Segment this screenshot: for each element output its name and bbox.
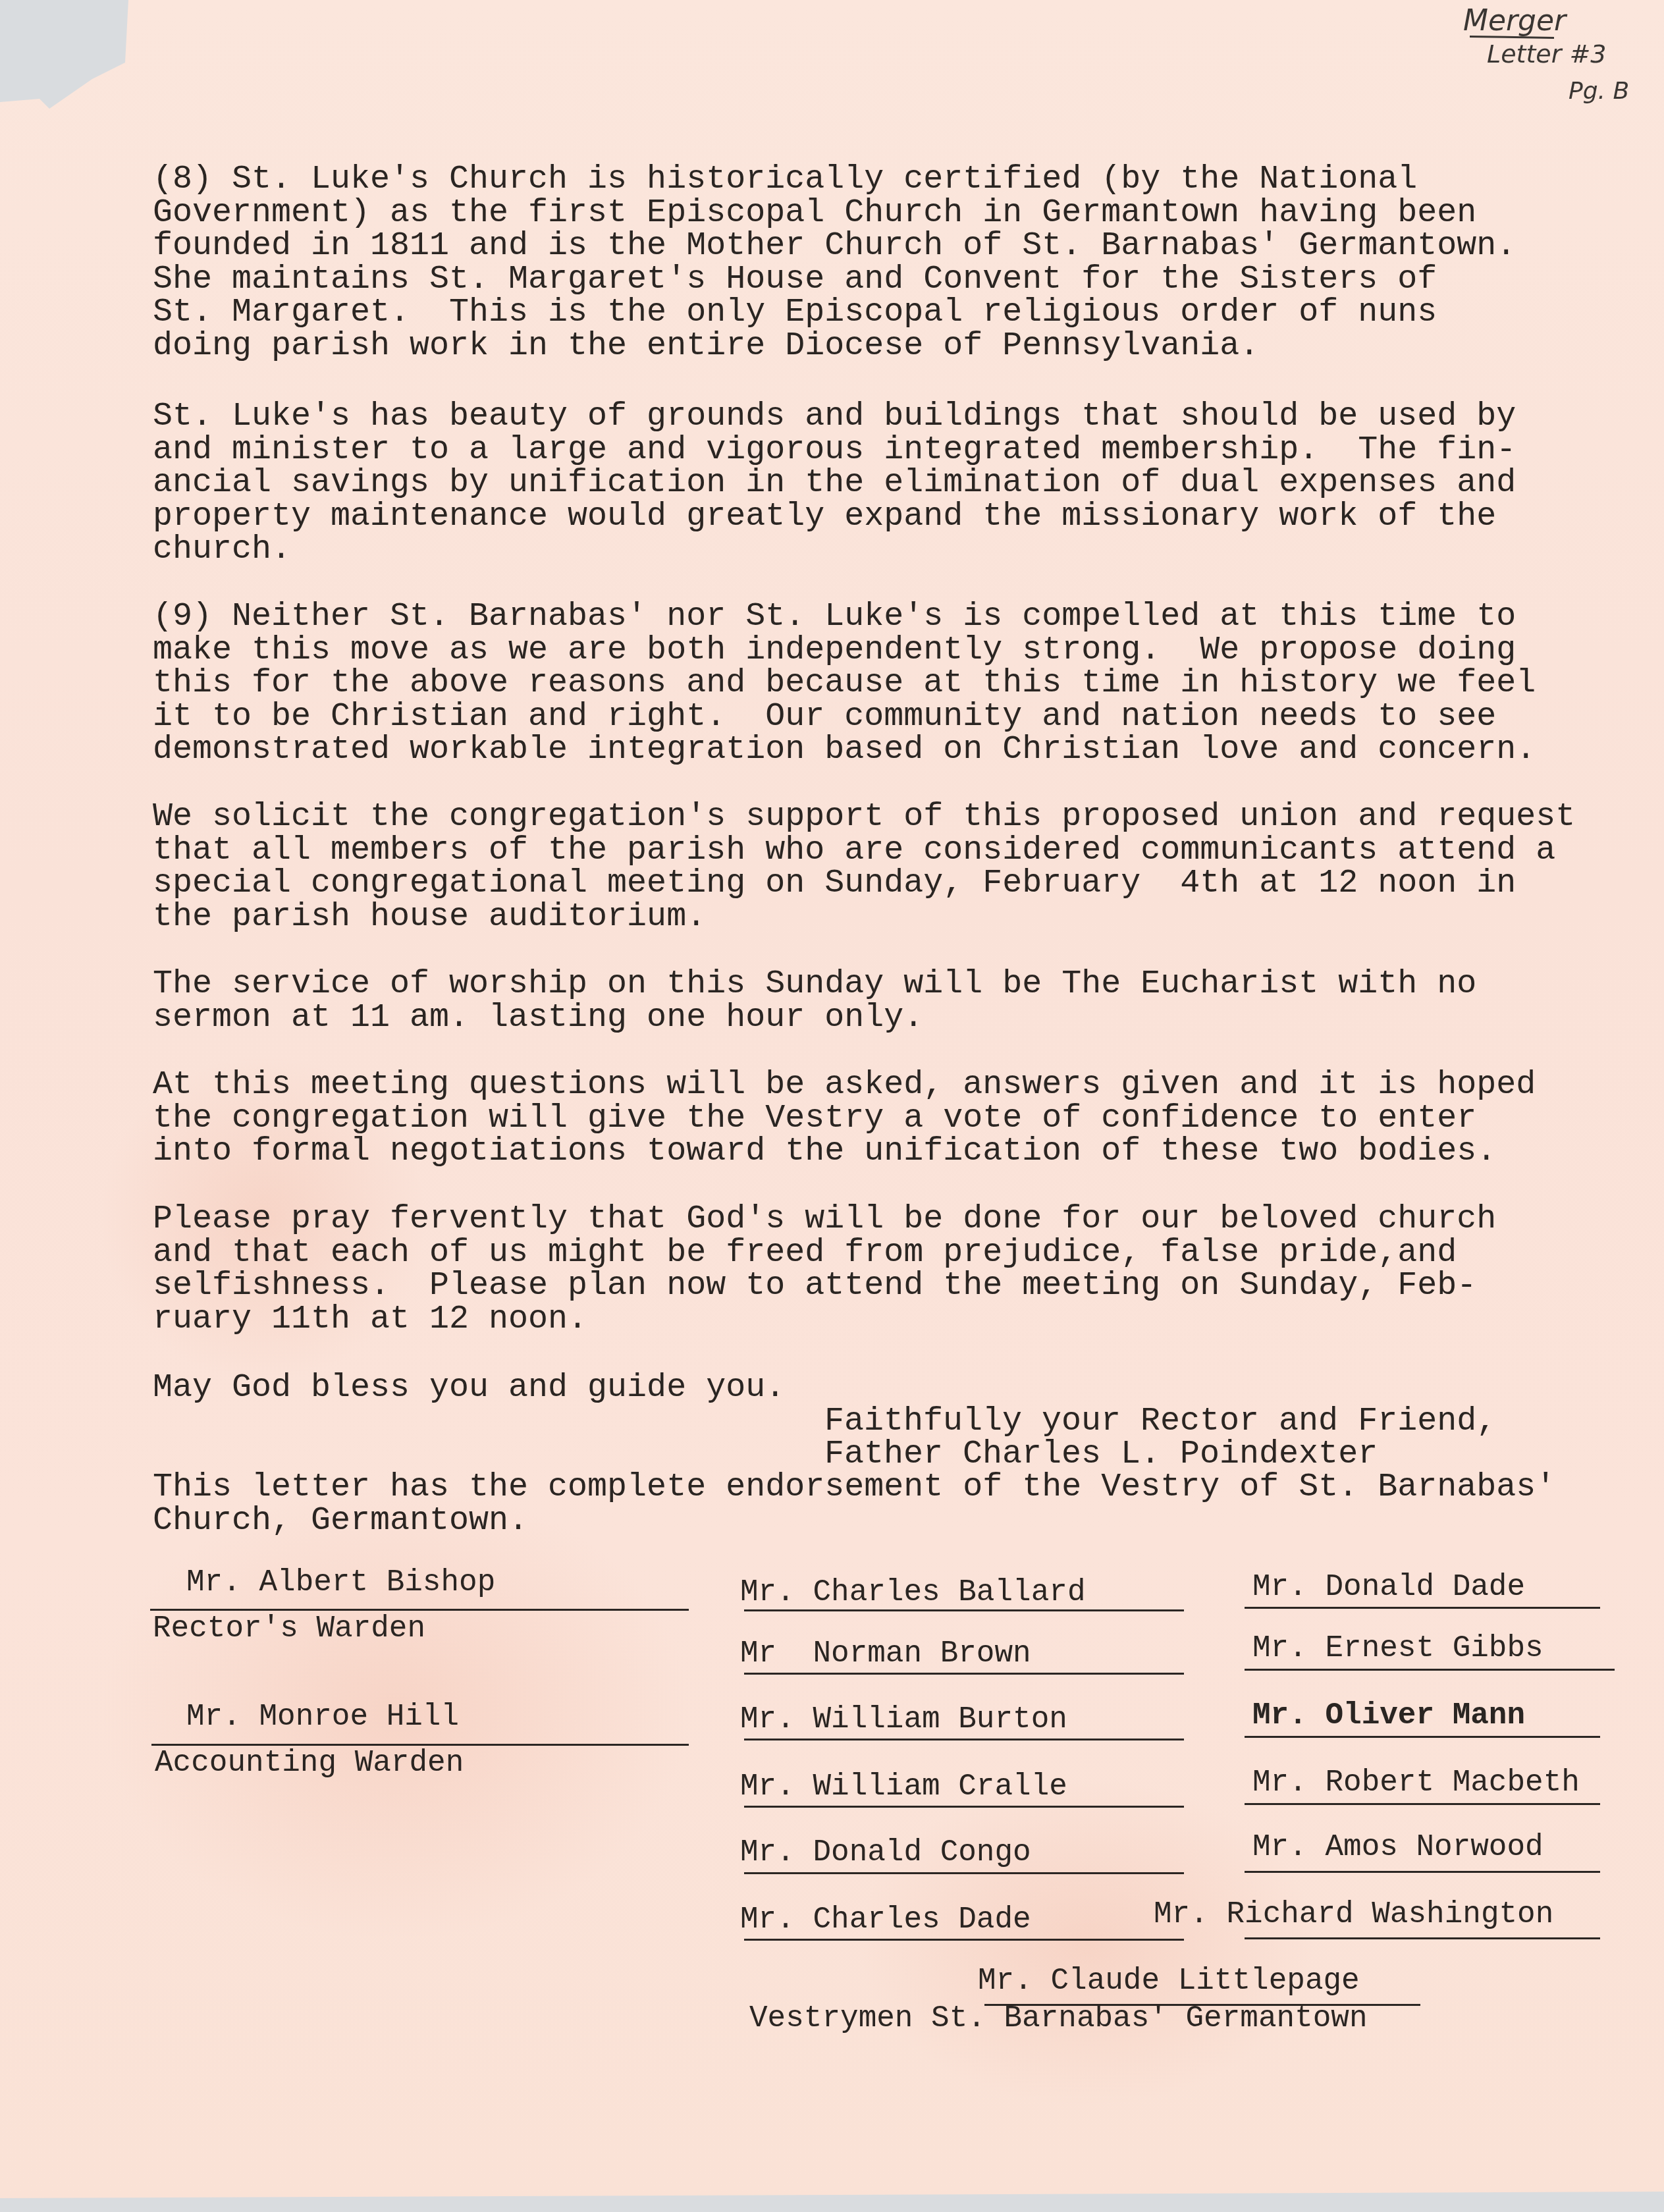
vestryman-name: Mr. William Burton (740, 1703, 1067, 1736)
paragraph-pray: Please pray fervently that God's will be… (153, 1203, 1601, 1336)
warden-title: Rector's Warden (153, 1612, 425, 1645)
warden-title: Accounting Warden (155, 1746, 464, 1779)
signature-line (1245, 1937, 1600, 1939)
signature-line (1245, 1669, 1615, 1671)
signature-line (744, 1673, 1184, 1675)
text-line: doing parish work in the entire Diocese … (153, 330, 1601, 364)
annotation-page: Pg. B (1569, 78, 1629, 105)
text-line: (8) St. Luke's Church is historically ce… (153, 163, 1601, 197)
valediction: Faithfully your Rector and Friend, (824, 1405, 1496, 1439)
text-line: ancial savings by unification in the eli… (153, 467, 1601, 500)
text-line: and that each of us might be freed from … (153, 1237, 1601, 1270)
vestryman-name: Mr. Oliver Mann (1252, 1699, 1525, 1732)
vestryman-name: Mr. Robert Macbeth (1252, 1766, 1580, 1799)
paragraph-st-lukes: St. Luke's has beauty of grounds and bui… (153, 400, 1601, 567)
warden-name: Mr. Monroe Hill (186, 1700, 459, 1733)
annotation-merger: Merger (1463, 4, 1566, 38)
text-line: demonstrated workable integration based … (153, 734, 1601, 767)
text-line: the parish house auditorium. (153, 901, 1601, 934)
text-line: The service of worship on this Sunday wi… (153, 968, 1601, 1002)
text-line: ruary 11th at 12 noon. (153, 1303, 1601, 1337)
text-line: special congregational meeting on Sunday… (153, 867, 1601, 901)
vestryman-name: Mr. Amos Norwood (1252, 1831, 1543, 1864)
vestryman-name: Mr. Donald Congo (740, 1836, 1031, 1869)
vestryman-name: Mr. Claude Littlepage (978, 1964, 1360, 1997)
vestryman-name: Mr. Charles Ballard (740, 1576, 1086, 1609)
vestryman-name: Mr Norman Brown (740, 1637, 1031, 1670)
text-line: that all members of the parish who are c… (153, 834, 1601, 868)
vestryman-name: Mr. Ernest Gibbs (1252, 1632, 1543, 1665)
paragraph-solicit: We solicit the congregation's support of… (153, 801, 1601, 934)
signer-name: Father Charles L. Poindexter (824, 1438, 1378, 1472)
text-line: this for the above reasons and because a… (153, 667, 1601, 701)
text-line: Please pray fervently that God's will be… (153, 1203, 1601, 1237)
vestryman-name: Mr. Richard Washington (1154, 1898, 1553, 1931)
text-line: We solicit the congregation's support of… (153, 801, 1601, 834)
text-line: the congregation will give the Vestry a … (153, 1102, 1601, 1136)
signature-line (1245, 1736, 1600, 1738)
signature-line (744, 1806, 1184, 1808)
signature-line (1245, 1803, 1600, 1805)
text-line: sermon at 11 am. lasting one hour only. (153, 1002, 1601, 1035)
vestry-caption: Vestrymen St. Barnabas' Germantown (749, 2002, 1368, 2035)
text-line: it to be Christian and right. Our commun… (153, 701, 1601, 734)
warden-name: Mr. Albert Bishop (186, 1566, 495, 1599)
text-line: selfishness. Please plan now to attend t… (153, 1270, 1601, 1303)
text-line: make this move as we are both independen… (153, 634, 1601, 668)
signature-line (744, 1872, 1184, 1874)
vestryman-name: Mr. William Cralle (740, 1770, 1067, 1803)
text-line: Church, Germantown. (153, 1505, 1601, 1538)
text-line: founded in 1811 and is the Mother Church… (153, 230, 1601, 263)
text-line: At this meeting questions will be asked,… (153, 1069, 1601, 1102)
text-line: Government) as the first Episcopal Churc… (153, 197, 1601, 230)
signature-line (150, 1609, 689, 1611)
blessing: May God bless you and guide you. (153, 1372, 785, 1405)
signature-line (744, 1739, 1184, 1740)
vestryman-name: Mr. Charles Dade (740, 1903, 1031, 1936)
text-line: property maintenance would greatly expan… (153, 500, 1601, 534)
signature-line (744, 1609, 1184, 1611)
paragraph-8: (8) St. Luke's Church is historically ce… (153, 163, 1601, 363)
signature-line (1245, 1607, 1600, 1609)
text-line: church. (153, 533, 1601, 567)
paper-stain (856, 1778, 1317, 2107)
signature-line (744, 1939, 1184, 1941)
endorsement: This letter has the complete endorsement… (153, 1471, 1601, 1538)
text-line: She maintains St. Margaret's House and C… (153, 263, 1601, 297)
text-line: St. Margaret. This is the only Episcopal… (153, 296, 1601, 330)
paragraph-service: The service of worship on this Sunday wi… (153, 968, 1601, 1035)
text-line: St. Luke's has beauty of grounds and bui… (153, 400, 1601, 434)
text-line: and minister to a large and vigorous int… (153, 434, 1601, 468)
text-line: (9) Neither St. Barnabas' nor St. Luke's… (153, 601, 1601, 634)
text-line: This letter has the complete endorsement… (153, 1471, 1601, 1505)
paragraph-meeting: At this meeting questions will be asked,… (153, 1069, 1601, 1169)
annotation-letter-number: Letter #3 (1487, 40, 1606, 68)
vestryman-name: Mr. Donald Dade (1252, 1571, 1525, 1604)
paragraph-9: (9) Neither St. Barnabas' nor St. Luke's… (153, 601, 1601, 767)
signature-line (1245, 1871, 1600, 1873)
text-line: into formal negotiations toward the unif… (153, 1135, 1601, 1169)
